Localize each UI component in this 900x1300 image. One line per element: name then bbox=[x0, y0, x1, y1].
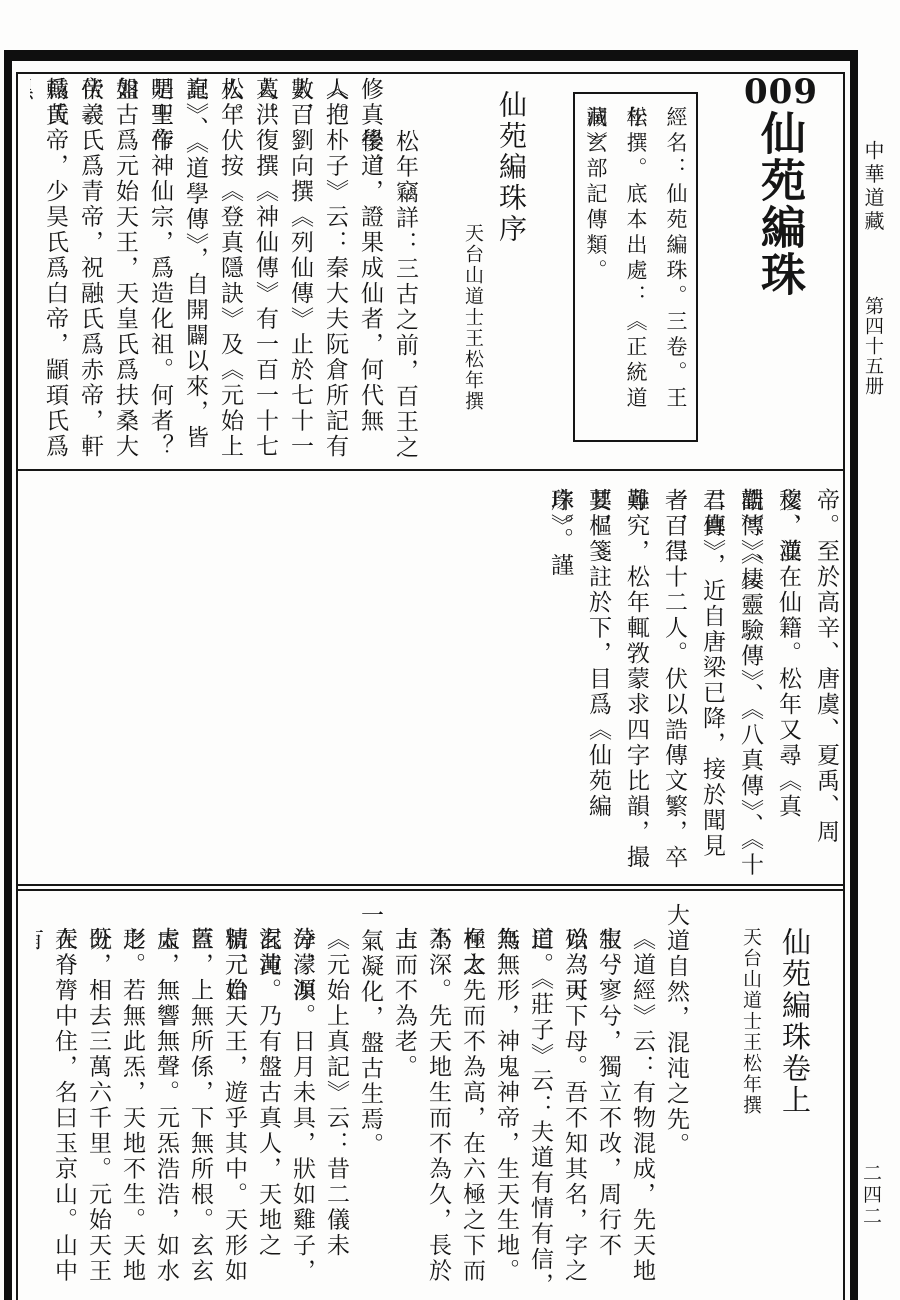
text-column: 虛，無響無聲。元炁浩浩，如水之 bbox=[149, 893, 183, 1300]
text-column: 分，相去三萬六千里。元始天王在 bbox=[81, 893, 115, 1300]
preface-register-2: 帝。至於高辛、唐虞、夏禹、周穆、漢 文，並在仙籍。松年又尋《真誥》、《棲 觀傳》… bbox=[480, 474, 845, 882]
text-column: 伏羲氏爲青帝，祝融氏爲赤帝，軒轅氏 bbox=[72, 73, 107, 470]
series-title: 中華道藏 bbox=[858, 140, 888, 234]
couplet-column: 大道自然，混沌之先。 bbox=[659, 893, 693, 1300]
text-column: 極之先而不為高，在六極之下而不 bbox=[455, 893, 489, 1300]
text-column: 《元始上真記》云：昔二儀未分，溟 bbox=[319, 893, 353, 1300]
preface-byline: 天台山道士王松年撰 bbox=[460, 73, 486, 470]
text-column: 一百三十二人。伏以誥傳文繁，卒難 bbox=[655, 474, 693, 882]
text-column: 涬濛澒。日月未具，狀如雞子，混沌 bbox=[285, 893, 319, 1300]
text-column: 人，劉向撰《列仙傳》止於七十一人。 bbox=[282, 73, 317, 470]
text-column: 君傳》，近自唐梁已降，接於聞見者，得 bbox=[693, 474, 731, 882]
text-column: 天脊膂中住，名曰玉京山。山中有 bbox=[47, 893, 81, 1300]
outer-border-right bbox=[850, 50, 858, 1300]
text-column: 道。《莊子》云：夫道有情有信，無 bbox=[523, 893, 557, 1300]
text-column: 葛洪復撰《神仙傳》有一百一十七人。 bbox=[247, 73, 282, 470]
text-column: 松年伏按《登真隱訣》及《元始上真 bbox=[212, 73, 247, 470]
text-column: 序。 bbox=[541, 474, 579, 882]
edition-infobox: 經名：仙苑編珠。三卷。王松 年撰。底本出處：《正統道藏》 洞玄部記傳類。 bbox=[573, 92, 698, 442]
infobox-column: 經名：仙苑編珠。三卷。王松 bbox=[656, 106, 696, 432]
text-column: 爲黄帝，少昊氏爲白帝，顓頊氏爲黑 bbox=[37, 73, 72, 470]
text-column: 帝。至於高辛、唐虞、夏禹、周穆、漢 bbox=[807, 474, 845, 882]
text-column: 《抱朴子》云：秦大夫阮倉所記有數百 bbox=[317, 73, 352, 470]
chapter-byline: 天台山道士王松年撰 bbox=[734, 893, 768, 1300]
text-column: 形。若無此炁，天地不生。天地既 bbox=[115, 893, 149, 1300]
text-column: 盤古爲元始天王，天皇氏爲扶桑大帝， bbox=[107, 73, 142, 470]
outer-border-left bbox=[4, 50, 12, 1300]
text-column: 觀傳》、《靈驗傳》、《八真傳》、《十二真 bbox=[731, 474, 769, 882]
text-column: 要，箋註於下，目爲《仙苑編珠》。謹 bbox=[579, 474, 617, 882]
text-column: 修真學道，證果成仙者，何代無人。 bbox=[352, 73, 387, 470]
text-column: 蓋，上無所係，下無所根。玄玄太 bbox=[183, 893, 217, 1300]
text-column: 古而不為老。 bbox=[387, 893, 421, 1300]
text-column: 號元始天王，遊乎其中。天形如巨 bbox=[217, 893, 251, 1300]
text-column: 尋究，松年輒敩蒙求四字比韻，撮其樞 bbox=[617, 474, 655, 882]
chapter-title: 仙苑編珠卷上 bbox=[778, 893, 812, 1300]
couplet-column: 一氣凝化，盤古生焉。 bbox=[353, 893, 387, 1300]
outer-border-top bbox=[4, 50, 858, 61]
text-column: 為無形，神鬼神帝，生天生地。在太 bbox=[489, 893, 523, 1300]
text-column: 記》、《道學傳》，自開闢以來，皆是聖帝 bbox=[177, 73, 212, 470]
text-title: 仙苑編珠 bbox=[748, 110, 810, 298]
text-column: 文，並在仙籍。松年又尋《真誥》、《棲 bbox=[769, 474, 807, 882]
text-column: 玄黄。乃有盤古真人，天地之精，自 bbox=[251, 893, 285, 1300]
infobox-column: 洞玄部記傳類。 bbox=[576, 106, 616, 432]
volume-label: 第四十五册 bbox=[859, 296, 887, 396]
text-number: 009 bbox=[744, 72, 810, 112]
text-column: 松年竊詳：三古之前，百王之後， bbox=[387, 73, 422, 470]
text-column: 為深。先天地生而不為久，長於上 bbox=[421, 893, 455, 1300]
register-divider-2b bbox=[18, 889, 845, 891]
preface-title: 仙苑編珠序 bbox=[494, 73, 528, 470]
text-column: 以為天下母。吾不知其名，字之曰 bbox=[557, 893, 591, 1300]
register-divider-2 bbox=[18, 884, 845, 886]
page-number: 二四二 bbox=[857, 1163, 885, 1228]
text-column: 明王作神仙宗，爲造化祖。何者？如 bbox=[142, 73, 177, 470]
text-column: 《道經》云：有物混成，先天地生。 bbox=[625, 893, 659, 1300]
preface-register-1: 經名：仙苑編珠。三卷。王松 年撰。底本出處：《正統道藏》 洞玄部記傳類。 仙苑編… bbox=[30, 73, 698, 470]
infobox-column: 年撰。底本出處：《正統道藏》 bbox=[616, 106, 656, 432]
scanned-book-page: 中華道藏 第四十五册 二四二 009 仙苑編珠 經名：仙苑編珠。三卷。王松 年撰… bbox=[0, 0, 900, 1300]
text-column: 寂兮寥兮，獨立不改，周行不殆，可 bbox=[591, 893, 625, 1300]
chapter-register: 仙苑編珠卷上 天台山道士王松年撰 大道自然，混沌之先。 《道經》云：有物混成，先… bbox=[36, 893, 812, 1300]
